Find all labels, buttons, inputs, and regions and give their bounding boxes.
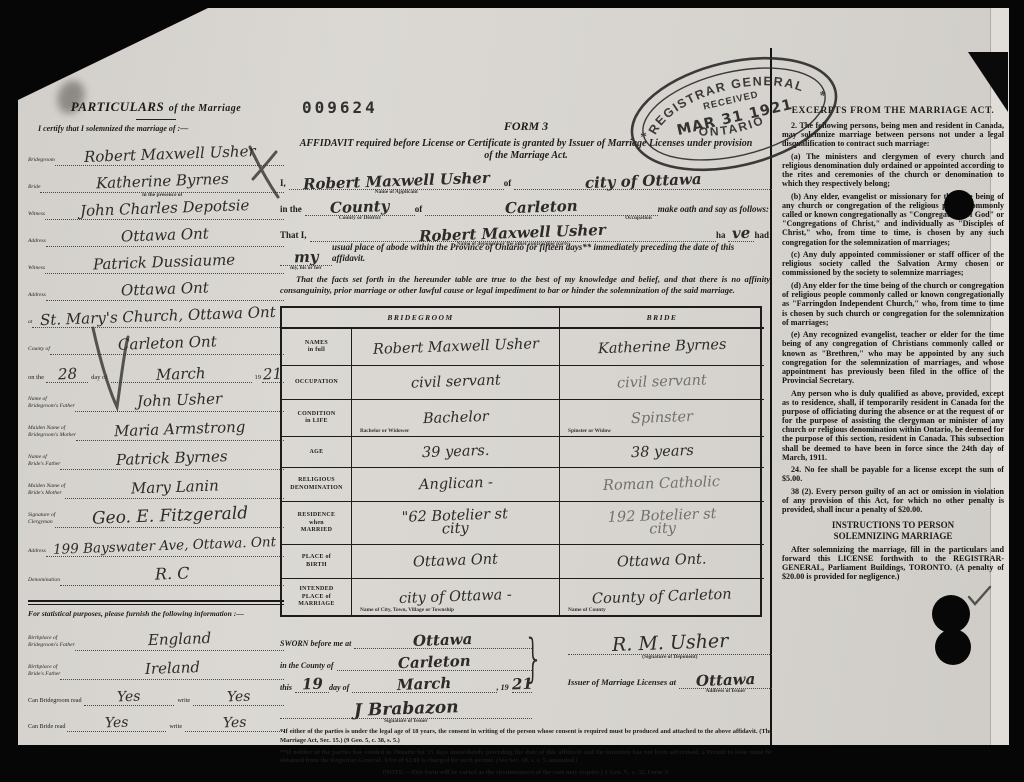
cell-condition-bridegroom: BachelorBachelor or Widower [352,400,560,437]
field-label: County of [28,346,50,355]
document-page: PARTICULARS of the Marriage I certify th… [18,8,1008,745]
handwritten-cell: Bachelor [422,411,488,426]
handwritten-value: England [148,632,212,648]
applicant-name-line: Robert Maxwell UsherName of Applicant [289,175,504,191]
handwritten-cell: civil servant [410,375,500,391]
field-value-line: 199 Bayswater Ave, Ottawa. Ont [46,537,284,557]
field-label: Witness [28,211,45,220]
field-bride-father: Name of Bride's Father Patrick Byrnes [28,441,284,470]
field-denomination: Denomination R. C [28,557,284,586]
footnote-1: *If either of the parties is under the l… [280,728,772,745]
cell-names-bride: Katherine Byrnes [560,329,764,366]
handwritten-value: St. Mary's Church, Ottawa Ont [40,306,276,328]
stamp-star-right: * [818,87,828,103]
field-value-line: Geo. E. Fitzgerald [55,508,284,528]
footnote-2: **If neither of the parties has resided … [280,749,772,766]
field-bride-father-birthplace: Birthplace of Bride's Father Ireland [28,651,284,680]
line-caption: Address of Issuer [679,688,772,694]
cell-birthplace-bride: Ottawa Ont. [560,545,764,579]
field-label: Denomination [28,577,60,586]
sworn-date-row: this 19 day of March , 19 21 [280,671,532,693]
field-address-1: Address Ottawa Ont [28,220,284,247]
handwritten-cell: 192 Botelier st city [607,509,717,539]
printed-text: of [504,178,515,190]
facts-paragraph: That the facts set forth in the hereunde… [280,274,772,295]
handwritten-cell: 38 years [630,445,693,460]
footnotes: *If either of the parties is under the l… [280,728,772,777]
excerpt-paragraph: (a) The ministers and clergymen of every… [782,152,1004,189]
footnote-note: (NOTE.—This form will be varied as the c… [280,769,772,778]
issuer-address-line: OttawaAddress of Issuer [679,674,772,690]
literacy-label: write [174,697,193,706]
handwritten-cell: Ottawa Ont [413,554,498,570]
cell-residence-bridegroom: "62 Botelier st city [352,502,560,545]
county-word-line: CountyCounty or District [305,201,415,217]
excerpt-paragraph: 24. No fee shall be payable for a licens… [782,465,1004,483]
handwritten-signature: Geo. E. Fitzgerald [91,506,248,527]
handwritten-deponent-signature: R. M. Usher [611,633,728,654]
handwritten-value: Ireland [144,661,199,676]
handwritten-cell: 39 years. [422,445,490,460]
deponent-signature-line: R. M. Usher (Signature of Deponent) [568,635,772,655]
handwritten-value: Ottawa Ont [121,227,209,244]
brace-glyph: } [523,629,543,689]
line-caption: Name of deponent or the other contractin… [310,241,716,247]
handwritten-cell: Ottawa Ont. [617,554,707,570]
cell-caption: Name of County [568,607,606,613]
field-county: County of Carleton Ont [28,328,284,355]
sworn-month-line: March [352,678,496,694]
scanned-marriage-record: { "serial_number": "009624", "stamp": { … [0,0,1024,782]
excerpt-paragraph: (b) Any elder, evangelist or missionary … [782,192,1004,247]
handwritten-yes: Yes [227,691,251,704]
column-header-bride: BRIDE [560,308,764,329]
date-label: day of [88,374,110,383]
line-caption: County or District [305,215,415,221]
field-value-line: R. C [60,566,284,586]
field-bridegroom-literacy: Can Bridegroom read Yes write Yes [28,680,284,706]
handwritten-value: Katherine Byrnes [96,173,229,191]
sworn-section: SWORN before me at Ottawa in the County … [280,627,772,719]
field-bridegroom-father: Name of Bridegroom's Father John Usher [28,383,284,412]
date-day-line: 28 [46,368,88,384]
sworn-county-row: in the County of Carleton [280,649,532,671]
field-label: Address [28,548,46,557]
handwritten-month: March [156,367,206,382]
printed-text: SWORN before me at [280,639,354,649]
date-label: on the [28,374,46,383]
cell-occupation-bridegroom: civil servant [352,366,560,400]
particulars-title-main: PARTICULARS [71,99,164,114]
field-label: Witness [28,265,45,274]
particulars-panel: PARTICULARS of the Marriage I certify th… [28,98,284,732]
field-church: at St. Mary's Church, Ottawa Ont [28,301,284,328]
field-address-2: Address Ottawa Ont [28,274,284,301]
affidavit-panel: 009624 FORM 3 AFFIDAVIT required before … [280,98,772,781]
printed-text: in the [280,204,305,216]
county-name-line: CarletonOccupation [425,201,657,217]
printed-text: That I, [280,230,310,242]
handwritten-value: John Usher [137,393,223,409]
cell-intended-bride: County of CarletonName of County [560,579,764,615]
field-value-line: Mary Lanin [65,479,284,499]
field-bridegroom-mother: Maiden Name of Bridegroom's Mother Maria… [28,412,284,441]
handwritten-sworn-county: Carleton [398,655,471,671]
cell-age-bride: 38 years [560,437,764,468]
scan-corner-black-top-left [18,8,208,100]
field-bride: Bride Katherine Byrnesin the presence of [28,166,284,193]
row-label-intended-place: INTENDED PLACE of MARRIAGE [282,579,352,615]
my-line: mymy, his or her [280,251,332,267]
ha-ve-line: ve [728,227,754,243]
field-value-line: Ottawa Ont [46,281,284,301]
handwritten-value: 199 Bayswater Ave, Ottawa. Ont [53,536,276,556]
deponent-name-line: Robert Maxwell UsherName of deponent or … [310,227,716,243]
statistical-note: For statistical purposes, please furnish… [28,609,284,618]
certify-line: I certify that I solemnized the marriage… [38,124,284,133]
field-label: Bride [28,184,40,193]
cell-residence-bride: 192 Botelier st city [560,502,764,545]
cell-age-bridegroom: 39 years. [352,437,560,468]
printed-text: Issuer of Marriage Licenses at [568,677,679,689]
handwritten-county: Carleton [505,199,578,215]
field-label: Address [28,238,46,247]
handwritten-yes: Yes [117,691,141,704]
handwritten-yes: Yes [105,717,129,730]
stamp-star-left: * [639,128,649,144]
printed-text: of [415,204,426,216]
sworn-right-column: R. M. Usher (Signature of Deponent) Issu… [546,627,772,719]
field-value-line: Patrick Dussiaume [45,254,284,274]
row-label-occupation: OCCUPATION [282,366,352,400]
printed-text: make oath and say as follows: [658,204,772,216]
field-value-line: England [75,631,284,651]
field-marriage-date: on the 28 day of March 19 21 [28,355,284,383]
issuer-signature-row: J BrabazonSignature of Issuer [280,693,532,719]
printed-text: had [754,230,772,242]
occupation-caption: Occupation [625,215,652,221]
field-clergyman-signature: Signature of Clergyman Geo. E. Fitzgeral… [28,499,284,528]
printed-text: , 19 [497,683,512,693]
field-value-line: Ottawa Ont [46,227,284,247]
literacy-label: Can Bride read [28,723,67,732]
handwritten-cell: city of Ottawa - [399,589,512,606]
handwritten-cell: Roman Catholic [603,476,720,493]
field-value-line: Ireland [60,660,284,680]
excerpt-paragraph: (d) Any elder for the time being of the … [782,281,1004,327]
literacy-read-line: Yes [84,691,175,706]
instructions-heading: INSTRUCTIONS TO PERSON SOLEMNIZING MARRI… [782,520,1004,543]
handwritten-yes: Yes [223,717,247,730]
field-value-line: Maria Armstrong [76,421,284,441]
issuer-address-row: Issuer of Marriage Licenses at OttawaAdd… [568,665,772,689]
cell-intended-bridegroom: city of Ottawa -Name of City, Town, Vill… [352,579,560,615]
handwritten-cell: civil servant [617,375,707,391]
row-label-religion: RELIGIOUS DENOMINATION [282,468,352,502]
title-rule [136,119,176,120]
field-clergyman-address: Address 199 Bayswater Ave, Ottawa. Ont [28,528,284,557]
literacy-label: write [166,723,185,732]
printed-text: in the County of [280,661,337,671]
particulars-title-sub: of the Marriage [169,103,242,114]
field-label: Maiden Name of Bridegroom's Mother [28,425,76,441]
date-label: 19 [252,374,263,383]
handwritten-cell: Robert Maxwell Usher [372,338,538,357]
instructions-paragraph: After solemnizing the marriage, fill in … [782,545,1004,582]
cell-condition-bride: SpinsterSpinster or Widow [560,400,764,437]
handwritten-cell: County of Carleton [592,589,732,607]
cell-birthplace-bridegroom: Ottawa Ont [352,545,560,579]
row-label-residence: RESIDENCE when MARRIED [282,502,352,545]
printed-text: ha [716,230,729,242]
handwritten-day: 19 [301,678,322,692]
handwritten-county-word: County [330,199,390,215]
field-label: Address [28,292,46,301]
handwritten-ve: ve [732,226,751,240]
sworn-place-row: SWORN before me at Ottawa [280,627,532,649]
section-divider-rule [28,600,284,605]
handwritten-value: Mary Lanin [131,479,219,496]
handwritten-cell: "62 Botelier st city [402,509,509,539]
row-label-birthplace: PLACE of BIRTH [282,545,352,579]
handwritten-value: John Charles Depotsie [80,199,250,218]
cell-occupation-bride: civil servant [560,366,764,400]
handwritten-cell: Anglican - [418,477,492,493]
excerpt-paragraph: (e) Any recognized evangelist, teacher o… [782,330,1004,385]
cell-religion-bridegroom: Anglican - [352,468,560,502]
field-label: Maiden Name of Bride's Mother [28,483,65,499]
field-value-line: Patrick Byrnes [60,450,284,470]
handwritten-sworn-place: Ottawa [413,633,473,649]
row-label-age: AGE [282,437,352,468]
handwritten-month: March [397,677,452,692]
field-label: Birthplace of Bride's Father [28,664,60,680]
handwritten-issuer-signature: J Brabazon [353,700,458,719]
sworn-left-column: SWORN before me at Ottawa in the County … [280,627,546,719]
bridegroom-bride-table: BRIDEGROOM BRIDE NAMES in full Robert Ma… [280,306,762,617]
cell-names-bridegroom: Robert Maxwell Usher [352,329,560,366]
field-value-line: Katherine Byrnesin the presence of [40,173,284,193]
sworn-place-line: Ottawa [354,634,531,650]
excerpt-paragraph: Any person who is duly qualified as abov… [782,389,1004,462]
line-caption: Name of Applicant [289,189,504,195]
field-witness-2: Witness Patrick Dussiaume [28,247,284,274]
handwritten-value: Maria Armstrong [114,421,246,439]
excerpts-panel: EXCERPTS FROM THE MARRIAGE ACT. 2. The f… [774,106,1008,585]
cell-caption: Bachelor or Widower [360,428,409,434]
row-label-names: NAMES in full [282,329,352,366]
handwritten-cell: Spinster [631,411,693,426]
literacy-write-line: Yes [193,691,284,706]
handwritten-cell: Katherine Byrnes [598,339,727,357]
field-value-line: John Usher [75,392,284,412]
handwritten-value: Ottawa Ont [121,281,209,298]
field-bridegroom: Bridegroom Robert Maxwell Usher [28,139,284,166]
literacy-write-line: Yes [185,717,284,732]
handwritten-value: Patrick Dussiaume [93,254,236,272]
field-bridegroom-father-birthplace: Birthplace of Bridegroom's Father Englan… [28,622,284,651]
handwritten-value: Patrick Byrnes [116,450,228,467]
handwritten-value: Robert Maxwell Usher [83,145,255,164]
field-value-line: Robert Maxwell Usher [55,146,284,166]
excerpt-paragraph: (c) Any duly appointed commissioner or s… [782,250,1004,277]
field-label: Birthplace of Bridegroom's Father [28,635,75,651]
date-month-line: March [111,368,252,384]
field-bride-literacy: Can Bride read Yes write Yes [28,706,284,732]
sworn-day-line: 19 [295,678,329,694]
row-label-condition: CONDITION in LIFE [282,400,352,437]
line-caption: Signature of Issuer [280,718,532,724]
handwritten-issuer-address: Ottawa [696,673,756,689]
line-caption: (Signature of Deponent) [568,654,772,660]
literacy-label: Can Bridegroom read [28,697,84,706]
handwritten-day: 28 [57,367,77,381]
column-header-bridegroom: BRIDEGROOM [282,308,560,329]
cell-caption: Spinster or Widow [568,428,611,434]
handwritten-value: R. C [155,566,190,582]
field-bride-mother: Maiden Name of Bride's Mother Mary Lanin [28,470,284,499]
particulars-title: PARTICULARS of the Marriage [28,98,284,116]
excerpt-paragraph: 38 (2). Every person guilty of an act or… [782,487,1004,514]
field-label: Name of Bride's Father [28,454,60,470]
field-label: Signature of Clergyman [28,512,55,528]
literacy-read-line: Yes [67,717,166,732]
cell-caption: Name of City, Town, Village or Township [360,607,454,613]
field-label: Bridegroom [28,157,55,166]
printed-text: day of [329,683,352,693]
line-caption: my, his or her [280,265,332,271]
handwritten-value: Carleton Ont [117,335,216,352]
issuer-signature-line: J BrabazonSignature of Issuer [280,702,532,719]
printed-text: I, [280,178,289,190]
printed-text: this [280,683,295,693]
field-value-line: Carleton Ont [50,335,284,355]
field-label: Name of Bridegroom's Father [28,396,75,412]
field-value-line: St. Mary's Church, Ottawa Ont [32,308,284,328]
sworn-county-line: Carleton [337,656,532,672]
cell-religion-bride: Roman Catholic [560,468,764,502]
handwritten-my: my [293,250,318,264]
field-value-line: John Charles Depotsie [45,200,284,220]
